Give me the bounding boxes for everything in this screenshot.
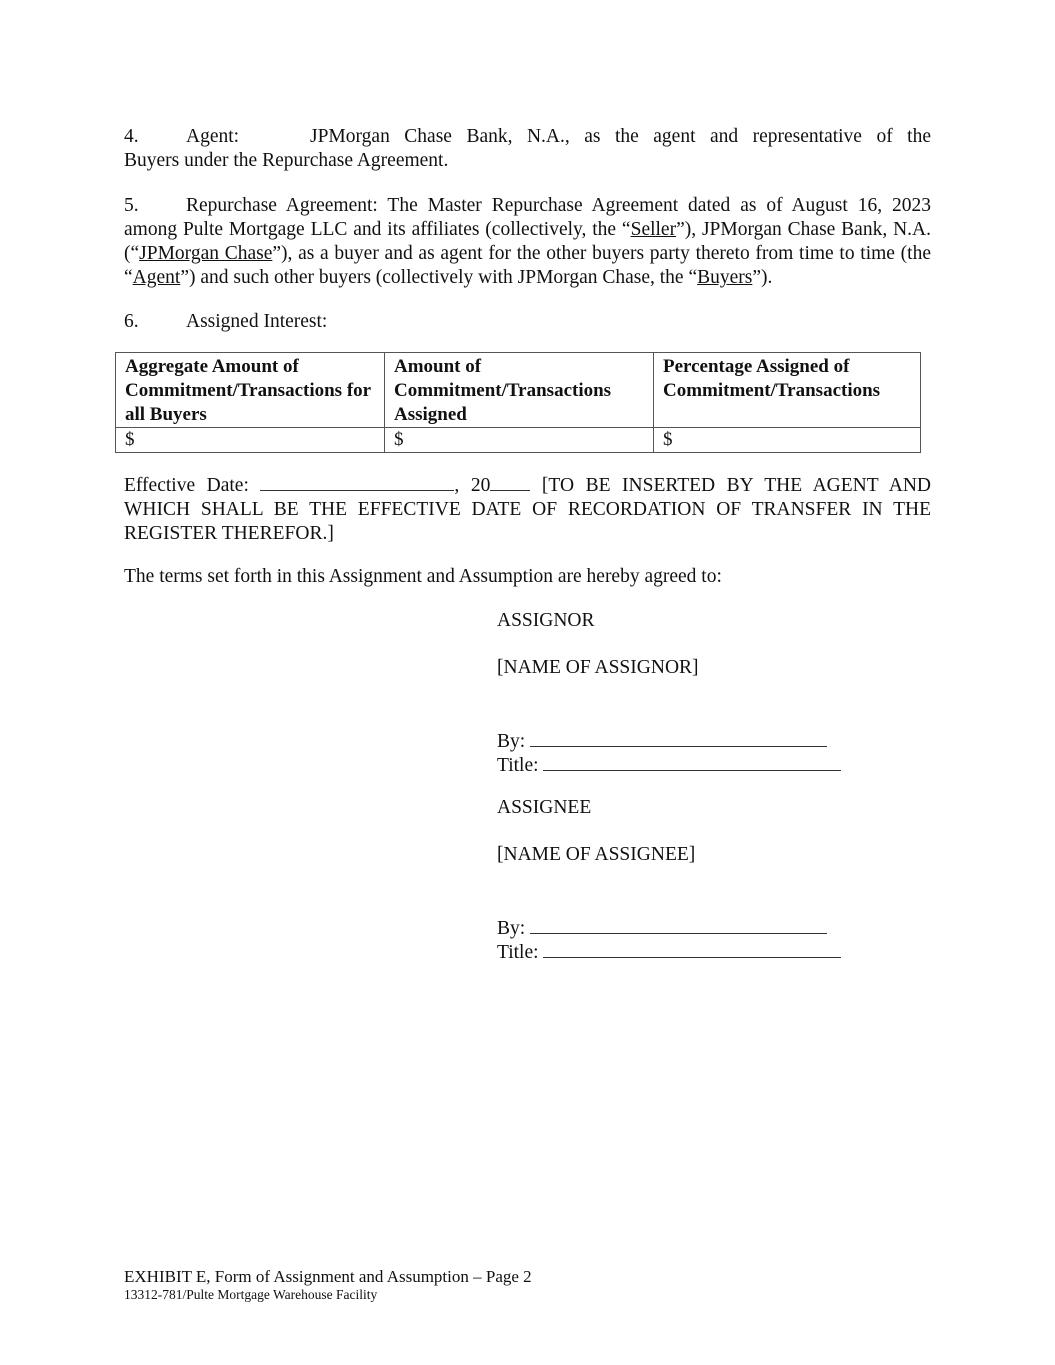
table-header-row: Aggregate Amount of Commitment/Transacti… xyxy=(116,353,921,428)
section-number: 4. xyxy=(124,125,186,149)
table-cell[interactable]: $ xyxy=(654,428,921,453)
section-agent: 4.Agent:JPMorgan Chase Bank, N.A., as th… xyxy=(124,125,931,173)
effective-date-paragraph: Effective Date: , 20 [TO BE INSERTED BY … xyxy=(124,472,931,546)
assignor-heading: ASSIGNOR xyxy=(497,609,595,633)
agreement-statement: The terms set forth in this Assignment a… xyxy=(124,565,931,589)
defined-term-buyers: Buyers xyxy=(697,267,752,288)
section-text: JPMorgan Chase Bank, N.A., as the agent … xyxy=(310,126,931,147)
assignee-title-line: Title: xyxy=(497,939,841,965)
assignor-title-field[interactable] xyxy=(543,752,841,771)
by-label: By: xyxy=(497,731,525,752)
assignor-title-line: Title: xyxy=(497,752,841,778)
section-text-cont: Buyers under the Repurchase Agreement. xyxy=(124,149,931,173)
by-label: By: xyxy=(497,918,525,939)
footer-document-id: 13312-781/Pulte Mortgage Warehouse Facil… xyxy=(124,1287,377,1303)
effective-year-blank[interactable] xyxy=(490,472,530,491)
table-cell[interactable]: $ xyxy=(385,428,654,453)
title-label: Title: xyxy=(497,942,539,963)
defined-term-jpmorgan-chase: JPMorgan Chase xyxy=(139,243,272,264)
defined-term-agent: Agent xyxy=(133,267,181,288)
section-number: 5. xyxy=(124,194,186,218)
section-label: Assigned Interest: xyxy=(186,311,327,332)
document-page: 4.Agent:JPMorgan Chase Bank, N.A., as th… xyxy=(0,0,1055,1365)
title-label: Title: xyxy=(497,755,539,776)
section-label: Agent: xyxy=(186,125,310,149)
assignee-by-line: By: xyxy=(497,915,827,941)
table-header: Aggregate Amount of Commitment/Transacti… xyxy=(116,353,385,428)
assignor-signature-field[interactable] xyxy=(530,728,827,747)
assignee-name: [NAME OF ASSIGNEE] xyxy=(497,843,695,867)
table-header: Percentage Assigned of Commitment/Transa… xyxy=(654,353,921,428)
assignee-signature-field[interactable] xyxy=(530,915,827,934)
assignee-title-field[interactable] xyxy=(543,939,841,958)
effective-date-label: Effective Date: xyxy=(124,475,249,496)
defined-term-seller: Seller xyxy=(631,219,676,240)
section-repurchase-agreement: 5.Repurchase Agreement: The Master Repur… xyxy=(124,194,931,290)
table-cell[interactable]: $ xyxy=(116,428,385,453)
section-assigned-interest: 6.Assigned Interest: xyxy=(124,310,931,334)
effective-date-blank[interactable] xyxy=(260,472,454,491)
table-header: Amount of Commitment/Transactions Assign… xyxy=(385,353,654,428)
assignee-heading: ASSIGNEE xyxy=(497,796,591,820)
footer-exhibit-title: EXHIBIT E, Form of Assignment and Assump… xyxy=(124,1267,532,1287)
section-number: 6. xyxy=(124,310,186,334)
assignor-name: [NAME OF ASSIGNOR] xyxy=(497,656,699,680)
table-row: $ $ $ xyxy=(116,428,921,453)
assignor-by-line: By: xyxy=(497,728,827,754)
assigned-interest-table: Aggregate Amount of Commitment/Transacti… xyxy=(115,352,921,453)
